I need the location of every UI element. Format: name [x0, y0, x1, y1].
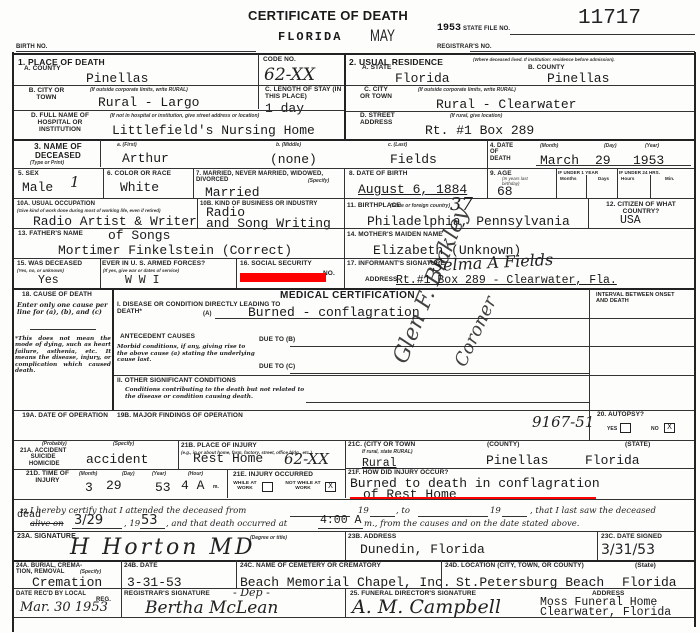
month-stamp: MAY	[370, 26, 395, 46]
sex-label: 5. SEX	[18, 171, 39, 178]
injury-type-label: 21a. ACCIDENT SUICIDE HOMICIDE	[20, 448, 80, 467]
injury-city-note: If rural, state RURAL)	[362, 449, 413, 455]
cert-19b: 19	[490, 506, 501, 516]
other-conditions-label: II. OTHER SIGNIFICANT CONDITIONS	[117, 378, 236, 385]
physician-address-label: 23b. ADDRESS	[348, 534, 396, 541]
last-label: c. (Last)	[388, 142, 407, 148]
birth-no-label: BIRTH NO.	[16, 44, 48, 50]
cert-text-2: , that I last saw the deceased	[530, 506, 656, 516]
death-year-label: (Year)	[645, 143, 659, 149]
cert-text-3: , and that death occurred at	[166, 519, 287, 529]
injury-place: Rest Home	[193, 451, 263, 466]
autopsy-no-checkbox[interactable]: X	[664, 423, 675, 433]
city-label: b. CITY OR TOWN	[24, 88, 69, 102]
armed-label-1: 15. WAS DECEASED	[17, 261, 82, 268]
injury-city-label: 21c. (CITY OR TOWN	[348, 442, 415, 449]
armed-label-2: EVER IN U. S. ARMED FORCES?	[102, 261, 205, 268]
death-city: Rural - Largo	[98, 95, 199, 110]
signature-label: 23a. SIGNATURE	[17, 533, 76, 540]
occupation-value: Radio Artist & Writer	[33, 214, 197, 229]
state-name: FLORIDA	[278, 30, 342, 44]
autopsy-label: 20. AUTOPSY?	[597, 412, 644, 419]
death-date-label: 4. DATE OF DEATH	[490, 143, 518, 162]
seen-year: 53	[141, 513, 158, 528]
date-signed: 3/31/53	[601, 542, 655, 558]
marital-note: (Specify)	[308, 178, 329, 184]
funeral-director-signature: A. M. Campbell	[352, 596, 501, 618]
autopsy-no-label: NO	[651, 427, 659, 432]
autopsy-yes-label: YES	[607, 427, 617, 432]
last-name: Fields	[390, 152, 437, 167]
ssn-label: 16. SOCIAL SECURITY	[240, 261, 312, 268]
interval-label: INTERVAL BETWEEN ONSET AND DEATH	[596, 293, 688, 305]
length-of-stay-label: c. LENGTH OF STAY (in this place)	[265, 87, 343, 101]
date-signed-label: 23c. DATE SIGNED	[601, 534, 662, 541]
injury-year-label: (Year)	[152, 471, 166, 477]
registrar-no-label: REGISTRAR'S NO.	[437, 44, 492, 50]
seen-date: 3/29	[74, 513, 103, 528]
specify-label: (Specify)	[113, 441, 134, 447]
year-stamp: 1953	[437, 23, 461, 34]
seen-year-prefix: , 19	[124, 519, 140, 529]
age-under-1-label: IF UNDER 1 YEAR	[558, 171, 598, 176]
race-label: 6. COLOR OR RACE	[107, 171, 171, 178]
res-county: Pinellas	[547, 71, 609, 86]
name-note: (Type or Print)	[30, 160, 64, 166]
armed-note-1: (Yes, no, or unknown)	[17, 268, 64, 273]
father-name: Mortimer Finkelstein (Correct)	[58, 243, 292, 258]
months-label: Months	[560, 177, 577, 182]
registrar-signature: Bertha McLean	[145, 598, 278, 618]
cert-text-4: m., from the causes and on the date stat…	[364, 519, 580, 529]
age-under-24-label: IF UNDER 24 HRS.	[619, 171, 660, 176]
occupation-note: (Give kind of work done during most of w…	[17, 208, 197, 213]
min-label: Min.	[665, 177, 674, 182]
first-label: a. (First)	[117, 142, 137, 148]
coroner-title: Coroner	[450, 293, 501, 370]
cert-to: , to	[396, 506, 410, 516]
injury-occurred-label: 21e. INJURY OCCURRED	[233, 472, 313, 479]
injury-county-label: (COUNTY)	[487, 442, 520, 449]
mother-label: 14. MOTHER'S MAIDEN NAME	[347, 232, 443, 239]
cause-instructions: Enter only one cause per line for (a), (…	[17, 302, 112, 316]
res-street-note: (If rural, give location)	[450, 113, 502, 119]
other-conditions-note: Conditions contributing to the death but…	[125, 387, 305, 400]
op-findings-label: 19b. MAJOR FINDINGS OF OPERATION	[117, 413, 243, 420]
first-name: Arthur	[122, 151, 169, 166]
death-month-label: (Month)	[540, 143, 558, 149]
cause-footnote: *This does not mean the mode of dying, s…	[15, 336, 111, 375]
hospital-label: d. FULL NAME OF HOSPITAL OR INSTITUTION	[20, 113, 100, 133]
injury-year: 53	[155, 480, 171, 495]
res-state-label: a. STATE	[362, 65, 391, 72]
physician-signature: H Horton MD	[70, 535, 256, 560]
birthplace-note: (State or foreign country)	[390, 203, 450, 209]
sex-code: 1	[70, 173, 80, 191]
injury-hour: 4 A	[181, 478, 204, 493]
city-note: (If outside corporate limits, write RURA…	[90, 87, 188, 93]
injury-place-code: 62-XX	[284, 450, 329, 468]
injury-place-label: 21b. PLACE OF INJURY	[181, 443, 257, 450]
res-street-label: d. STREET ADDRESS	[360, 113, 400, 127]
state-file-label: STATE FILE NO.	[463, 26, 510, 32]
res-city-note: (If outside corporate limits, write RURA…	[418, 87, 516, 93]
coroner-case-number: 9167-51	[532, 413, 594, 431]
middle-label: b. (Middle)	[276, 142, 301, 148]
cause-of-death-label: 18. CAUSE OF DEATH	[22, 292, 92, 299]
occupation-label: 10a. USUAL OCCUPATION	[17, 201, 95, 207]
injury-day-label: (Day)	[122, 471, 135, 477]
injury-hour-label: (Hour)	[188, 471, 203, 477]
war-value: W W I	[125, 274, 160, 287]
dob-label: 8. DATE OF BIRTH	[349, 171, 408, 178]
antecedent-note: Morbid conditions, if any, giving rise t…	[117, 344, 257, 364]
armed-value: Yes	[38, 274, 59, 287]
medical-certification-header: MEDICAL CERTIFICATION	[280, 290, 415, 301]
alive-on: alive on	[30, 519, 64, 529]
county-label: a. COUNTY	[24, 66, 61, 73]
code-value: 62-XX	[264, 65, 315, 85]
while-at-work-label: WHILE AT WORK	[232, 481, 258, 491]
sex-value: Male	[22, 180, 53, 195]
res-city-label: c. CITY OR TOWN	[360, 87, 392, 101]
autopsy-yes-checkbox[interactable]	[620, 423, 631, 433]
father-label: 13. FATHER'S NAME	[18, 231, 83, 238]
disposition-date-label: 24b. DATE	[124, 563, 158, 570]
certificate-title: CERTIFICATE OF DEATH	[248, 8, 408, 23]
antecedent-label: ANTECEDENT CAUSES	[120, 334, 195, 341]
due-to-b: DUE TO (b)	[259, 337, 295, 344]
informant-address-label: ADDRESS	[365, 277, 397, 284]
registrar-signature-label: REGISTRAR'S SIGNATURE	[124, 591, 210, 598]
state-file-number: 11717	[578, 7, 641, 30]
injury-time-label: 21d. TIME OF INJURY	[20, 471, 75, 485]
injury-state-label: (STATE)	[625, 442, 650, 449]
injury-month: 3	[85, 480, 93, 495]
hospital-name: Littlefield's Nursing Home	[112, 123, 315, 138]
injury-day: 29	[106, 478, 122, 493]
death-county: Pinellas	[86, 71, 148, 86]
middle-name: (none)	[270, 152, 317, 167]
name-label: 3. NAME OF DECEASED	[18, 142, 98, 160]
probably-label: (Probably)	[42, 441, 67, 447]
cemetery-label: 24c. NAME OF CEMETERY OR CREMATORY	[240, 563, 381, 570]
code-label: CODE NO.	[263, 57, 296, 64]
hours-label: Hours	[621, 177, 635, 182]
armed-note-2: (If yes, give war or dates of service)	[103, 268, 179, 273]
residence-note: (Where deceased lived. If institution: r…	[473, 57, 688, 62]
ssn-redaction	[240, 273, 326, 282]
hospital-note: (If not in hospital or institution, give…	[110, 113, 259, 119]
injury-type: accident	[86, 452, 148, 467]
citizen-label: 12. CITIZEN OF WHAT COUNTRY?	[592, 202, 690, 216]
op-date-label: 19a. DATE OF OPERATION	[18, 413, 108, 420]
not-while-at-work-checkbox[interactable]: X	[325, 482, 336, 492]
res-state: Florida	[395, 71, 450, 86]
length-of-stay: 1 day	[265, 101, 304, 116]
res-city: Rural - Clearwater	[436, 97, 576, 112]
line-a-label: (a)	[203, 311, 212, 317]
age-value: 68	[497, 184, 513, 199]
while-at-work-checkbox[interactable]	[262, 482, 273, 492]
death-certificate: CERTIFICATE OF DEATH FLORIDA MAY 1953 ST…	[0, 0, 700, 633]
race-value: White	[120, 180, 159, 195]
father-overflow: of Songs	[108, 228, 170, 243]
citizen-value: USA	[620, 214, 641, 227]
injury-state: Florida	[585, 453, 640, 468]
days-label: Days	[598, 177, 609, 182]
location-state-label: (State)	[635, 563, 656, 570]
physician-address: Dunedin, Florida	[360, 542, 485, 557]
location-label: 24d. LOCATION (City, town, or county)	[445, 563, 584, 570]
injury-county: Pinellas	[486, 453, 548, 468]
injury-month-label: (Month)	[79, 471, 97, 477]
received-date: Mar. 30 1953	[20, 600, 108, 615]
death-time: 4:00 A	[320, 514, 361, 527]
cert-text-1: I hereby certify that I attended the dec…	[30, 506, 246, 516]
res-street: Rt. #1 Box 289	[425, 123, 534, 138]
injury-m-label: m.	[213, 485, 219, 490]
due-to-c: DUE TO (c)	[259, 364, 295, 371]
not-while-at-work-label: NOT WHILE AT WORK	[283, 481, 323, 491]
death-day-label: (Day)	[604, 143, 617, 149]
